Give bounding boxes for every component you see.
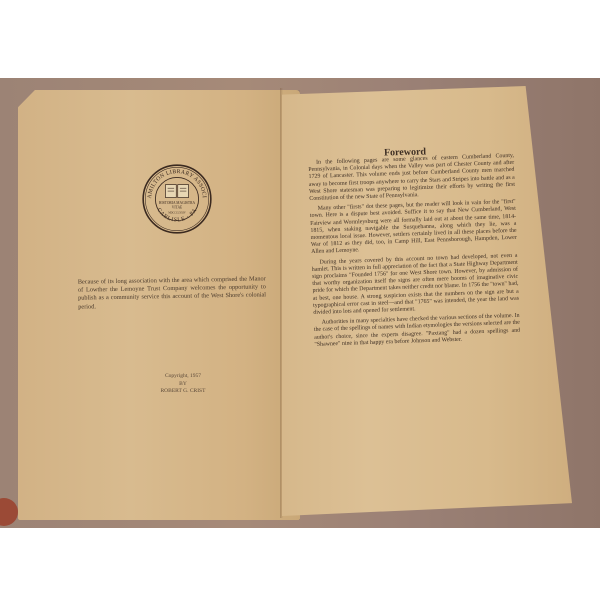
copyright-by: BY xyxy=(148,381,218,389)
copyright-block: Copyright, 1957 BY ROBERT G. CRIST xyxy=(148,373,218,396)
fingertip xyxy=(0,498,18,526)
svg-text:CARLISLE · PA: CARLISLE · PA xyxy=(155,207,198,223)
booklet-photo: THE HAMILTON LIBRARY ASSOCIATION CARLISL… xyxy=(0,78,600,528)
foreword-paragraph: During the years covered by this account… xyxy=(311,252,519,317)
left-page: THE HAMILTON LIBRARY ASSOCIATION CARLISL… xyxy=(18,90,300,520)
open-book-icon xyxy=(165,185,188,198)
foreword-body: In the following pages are some glances … xyxy=(308,153,521,352)
svg-text:VITAE: VITAE xyxy=(172,205,183,209)
copyright-author: ROBERT G. CRIST xyxy=(148,388,218,396)
library-seal-icon: THE HAMILTON LIBRARY ASSOCIATION CARLISL… xyxy=(141,163,213,235)
foreword-paragraph: Authorities in many specialties have che… xyxy=(314,313,521,349)
sponsor-paragraph: Because of its long association with the… xyxy=(78,275,267,311)
copyright-line: Copyright, 1957 xyxy=(148,373,218,381)
foreword-paragraph: Many other "firsts" dot these pages, but… xyxy=(310,199,518,257)
foreword-paragraph: In the following pages are some glances … xyxy=(308,153,515,203)
svg-text:MDCCCLXXIV: MDCCCLXXIV xyxy=(168,211,185,214)
svg-text:HISTORIA MAGISTRA: HISTORIA MAGISTRA xyxy=(159,201,196,205)
